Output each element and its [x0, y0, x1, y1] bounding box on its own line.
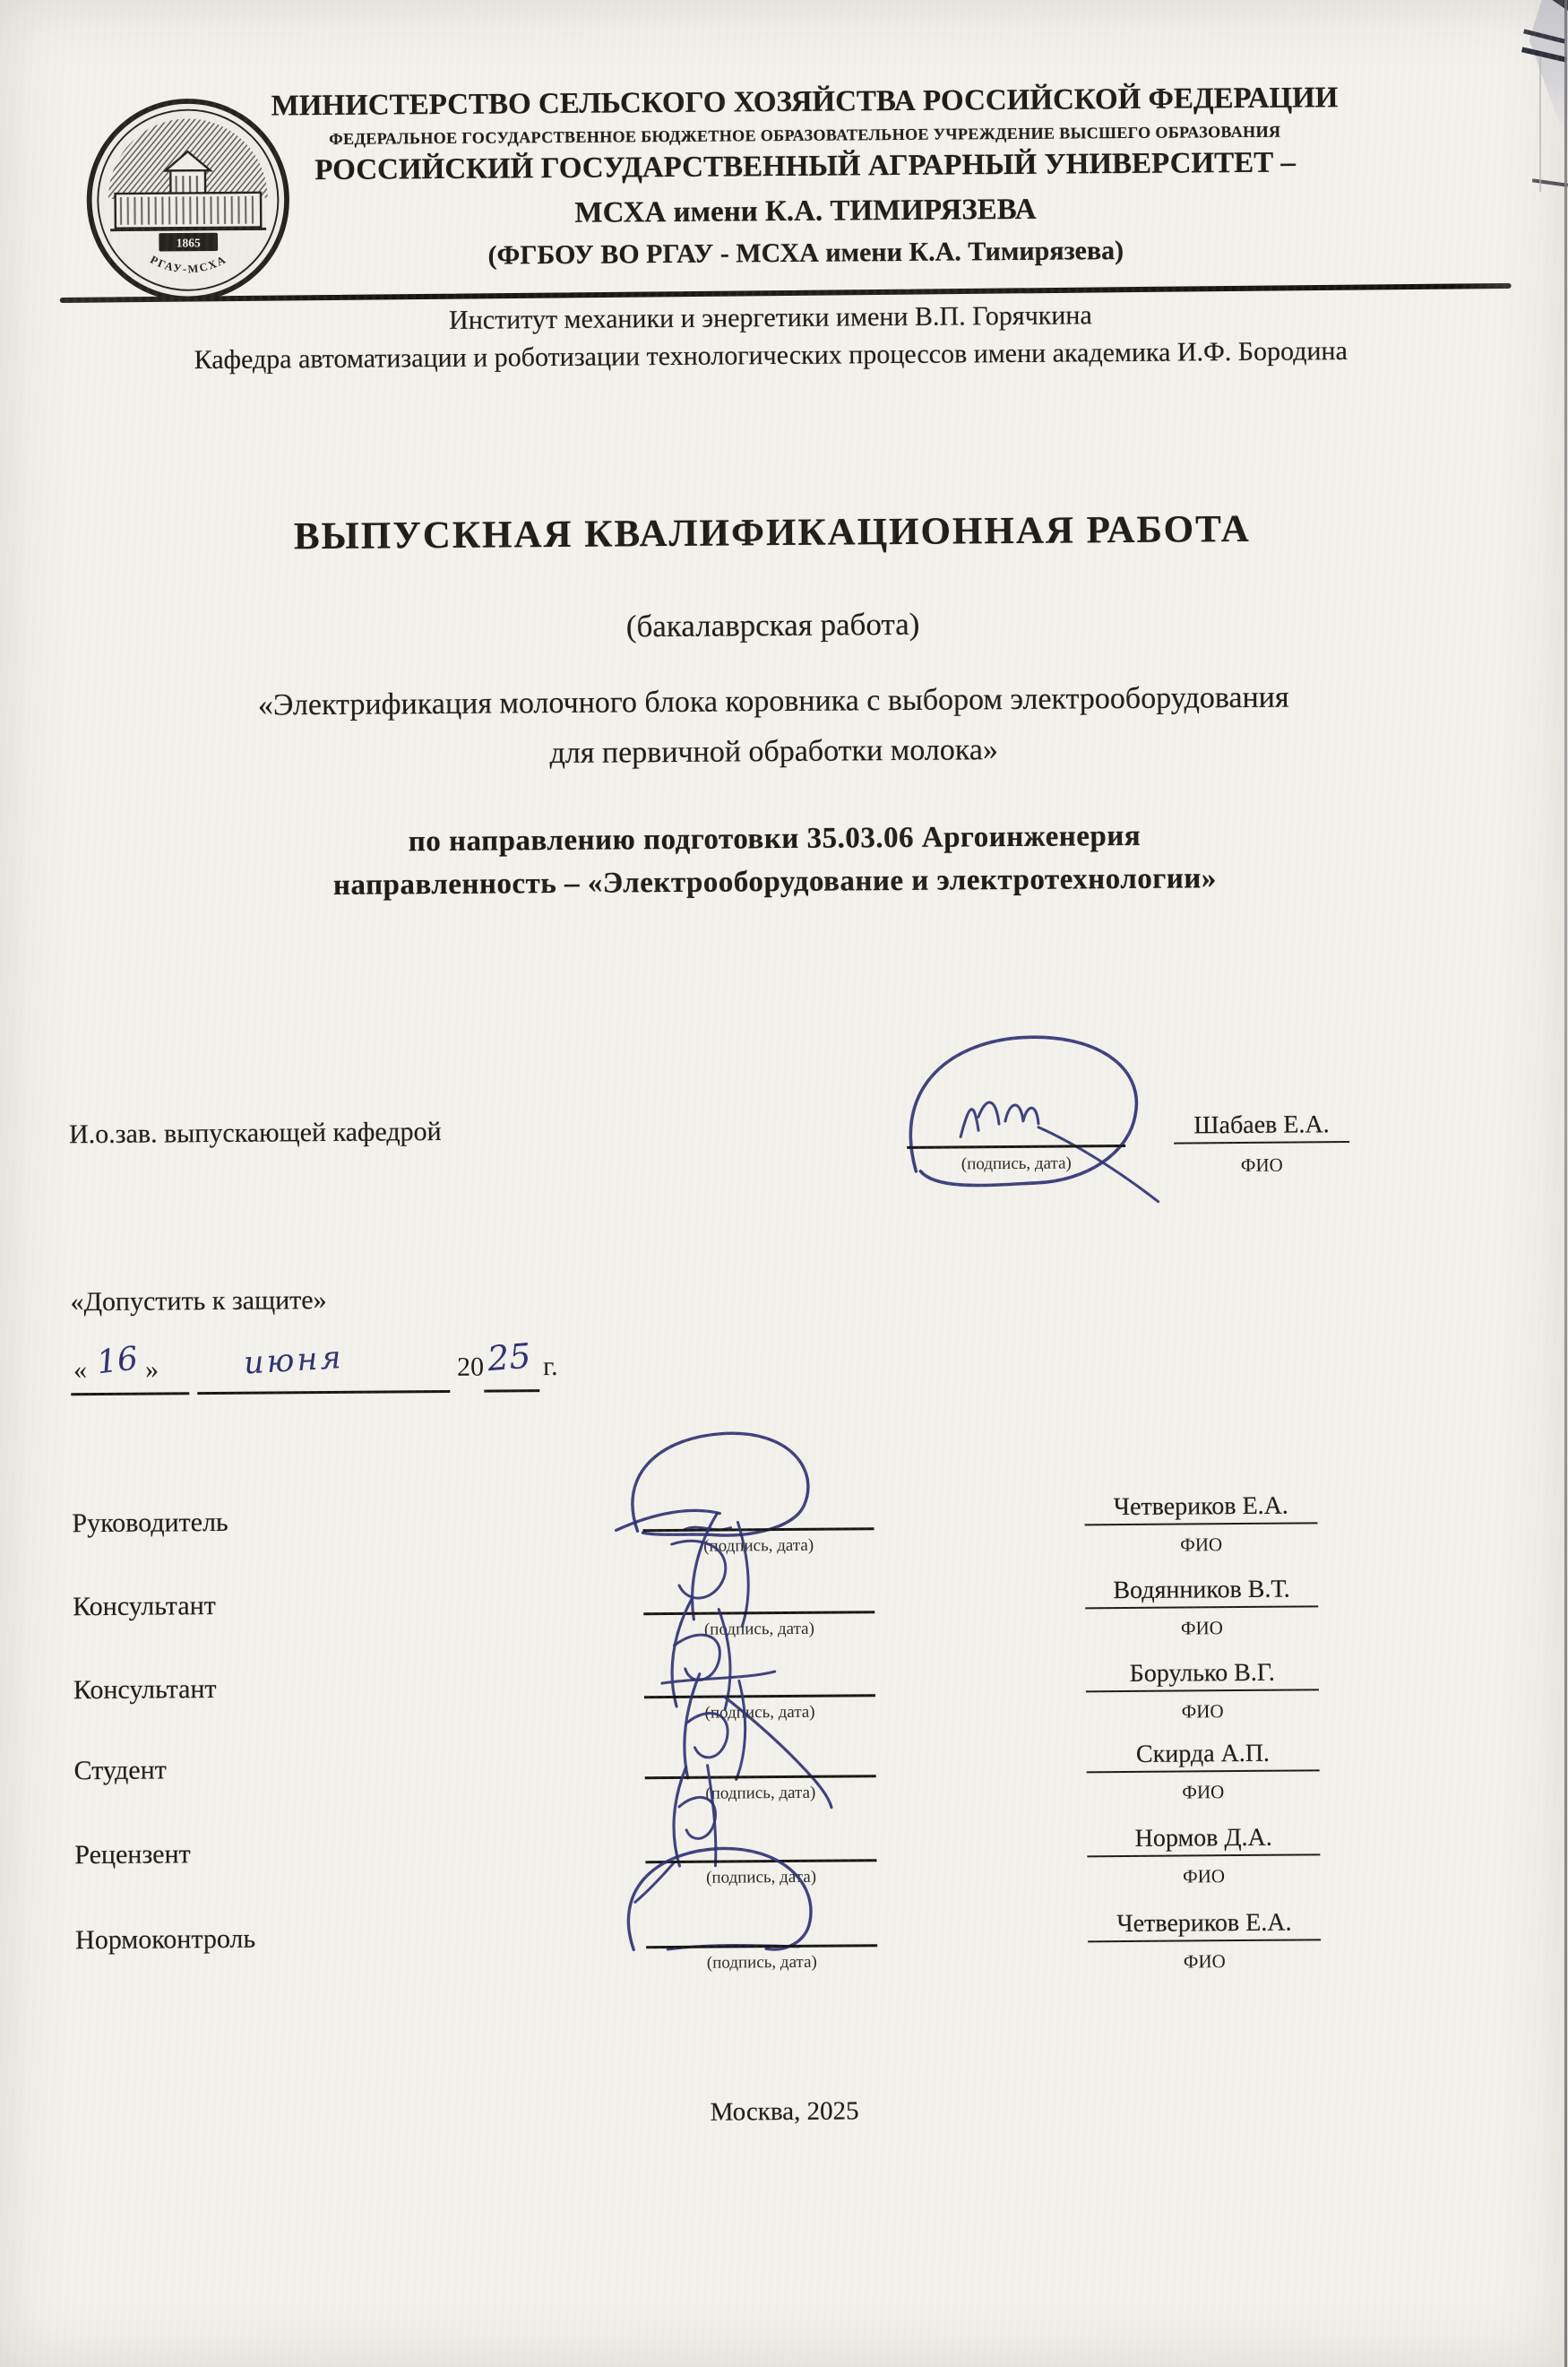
- date-year-underline: [484, 1389, 539, 1392]
- fio-caption: ФИО: [1086, 1699, 1319, 1723]
- person-name: Скирда А.П.: [1086, 1739, 1319, 1773]
- date-open-quote: «: [73, 1355, 87, 1386]
- admit-to-defense-text: «Допустить к защите»: [70, 1285, 326, 1317]
- sign-date-caption: (подпись, дата): [646, 1952, 877, 1974]
- scan-edge-line: [1564, 0, 1567, 2367]
- date-month-handwritten: июня: [243, 1340, 345, 1382]
- fio-caption: ФИО: [1085, 1616, 1318, 1640]
- fgbou-line: ФЕДЕРАЛЬНОЕ ГОСУДАРСТВЕННОЕ БЮДЖЕТНОЕ ОБ…: [159, 121, 1450, 150]
- person-name: Четвериков Е.А.: [1088, 1908, 1321, 1942]
- university-name-line1: РОССИЙСКИЙ ГОСУДАРСТВЕННЫЙ АГРАРНЫЙ УНИВ…: [159, 145, 1450, 188]
- head-of-department-label: И.о.зав. выпускающей кафедрой: [69, 1117, 442, 1150]
- city-year: Москва, 2025: [19, 2091, 1551, 2132]
- role-label: Консультант: [73, 1674, 217, 1706]
- sign-date-caption: (подпись, дата): [907, 1153, 1125, 1175]
- role-label: Руководитель: [72, 1507, 228, 1539]
- date-year-prefix: 20: [457, 1352, 484, 1383]
- department-line: Кафедра автоматизации и роботизации техн…: [4, 334, 1537, 376]
- document-sheet: 1865 РГАУ-МСХА МИНИСТЕРСТВО СЕЛЬСКОГО ХО…: [0, 0, 1568, 2367]
- date-month-underline: [197, 1390, 450, 1395]
- fio-caption: ФИО: [1174, 1153, 1349, 1178]
- university-abbreviation: (ФГБОУ ВО РГАУ - МСХА имени К.А. Тимиряз…: [160, 233, 1451, 273]
- role-label: Консультант: [73, 1591, 216, 1622]
- person-name: Борулько В.Г.: [1086, 1658, 1319, 1692]
- direction-line2: направленность – «Электрооборудование и …: [9, 860, 1541, 904]
- fio-caption: ФИО: [1087, 1864, 1320, 1888]
- signature-row: Нормоконтроль (подпись, дата) Четвериков…: [8, 1913, 1559, 2011]
- date-day-handwritten: 16: [95, 1340, 140, 1381]
- date-year-handwritten: 25: [486, 1336, 532, 1379]
- theme-line2: для первичной обработки молока»: [8, 729, 1540, 774]
- person-name: Нормов Д.А.: [1087, 1823, 1320, 1857]
- head-name: Шабаев Е.А.: [1174, 1110, 1349, 1145]
- work-title: ВЫПУСКНАЯ КВАЛИФИКАЦИОННАЯ РАБОТА: [6, 505, 1538, 560]
- date-close-quote: »: [145, 1354, 159, 1385]
- ministry-line: МИНИСТЕРСТВО СЕЛЬСКОГО ХОЗЯЙСТВА РОССИЙС…: [159, 81, 1450, 124]
- head-signature-scribble: [883, 1026, 1181, 1226]
- work-subtitle: (бакалаврская работа): [6, 601, 1538, 649]
- fio-caption: ФИО: [1088, 1949, 1321, 1974]
- role-label: Рецензент: [74, 1839, 191, 1870]
- date-day-underline: [71, 1392, 189, 1395]
- direction-line1: по направлению подготовки 35.03.06 Аргои…: [8, 816, 1540, 861]
- role-label: Студент: [73, 1755, 166, 1786]
- fio-caption: ФИО: [1085, 1533, 1318, 1557]
- scan-faint-line: [1539, 57, 1541, 192]
- scanned-title-page: 1865 РГАУ-МСХА МИНИСТЕРСТВО СЕЛЬСКОГО ХО…: [0, 0, 1568, 2367]
- fio-caption: ФИО: [1087, 1780, 1320, 1804]
- person-name: Четвериков Е.А.: [1084, 1491, 1317, 1525]
- theme-line1: «Электрификация молочного блока коровник…: [7, 678, 1539, 724]
- role-label: Нормоконтроль: [75, 1924, 255, 1957]
- university-name-line2: МСХА имени К.А. ТИМИРЯЗЕВА: [160, 190, 1451, 233]
- date-year-unit: г.: [543, 1352, 558, 1382]
- person-name: Водянников В.Т.: [1085, 1575, 1318, 1609]
